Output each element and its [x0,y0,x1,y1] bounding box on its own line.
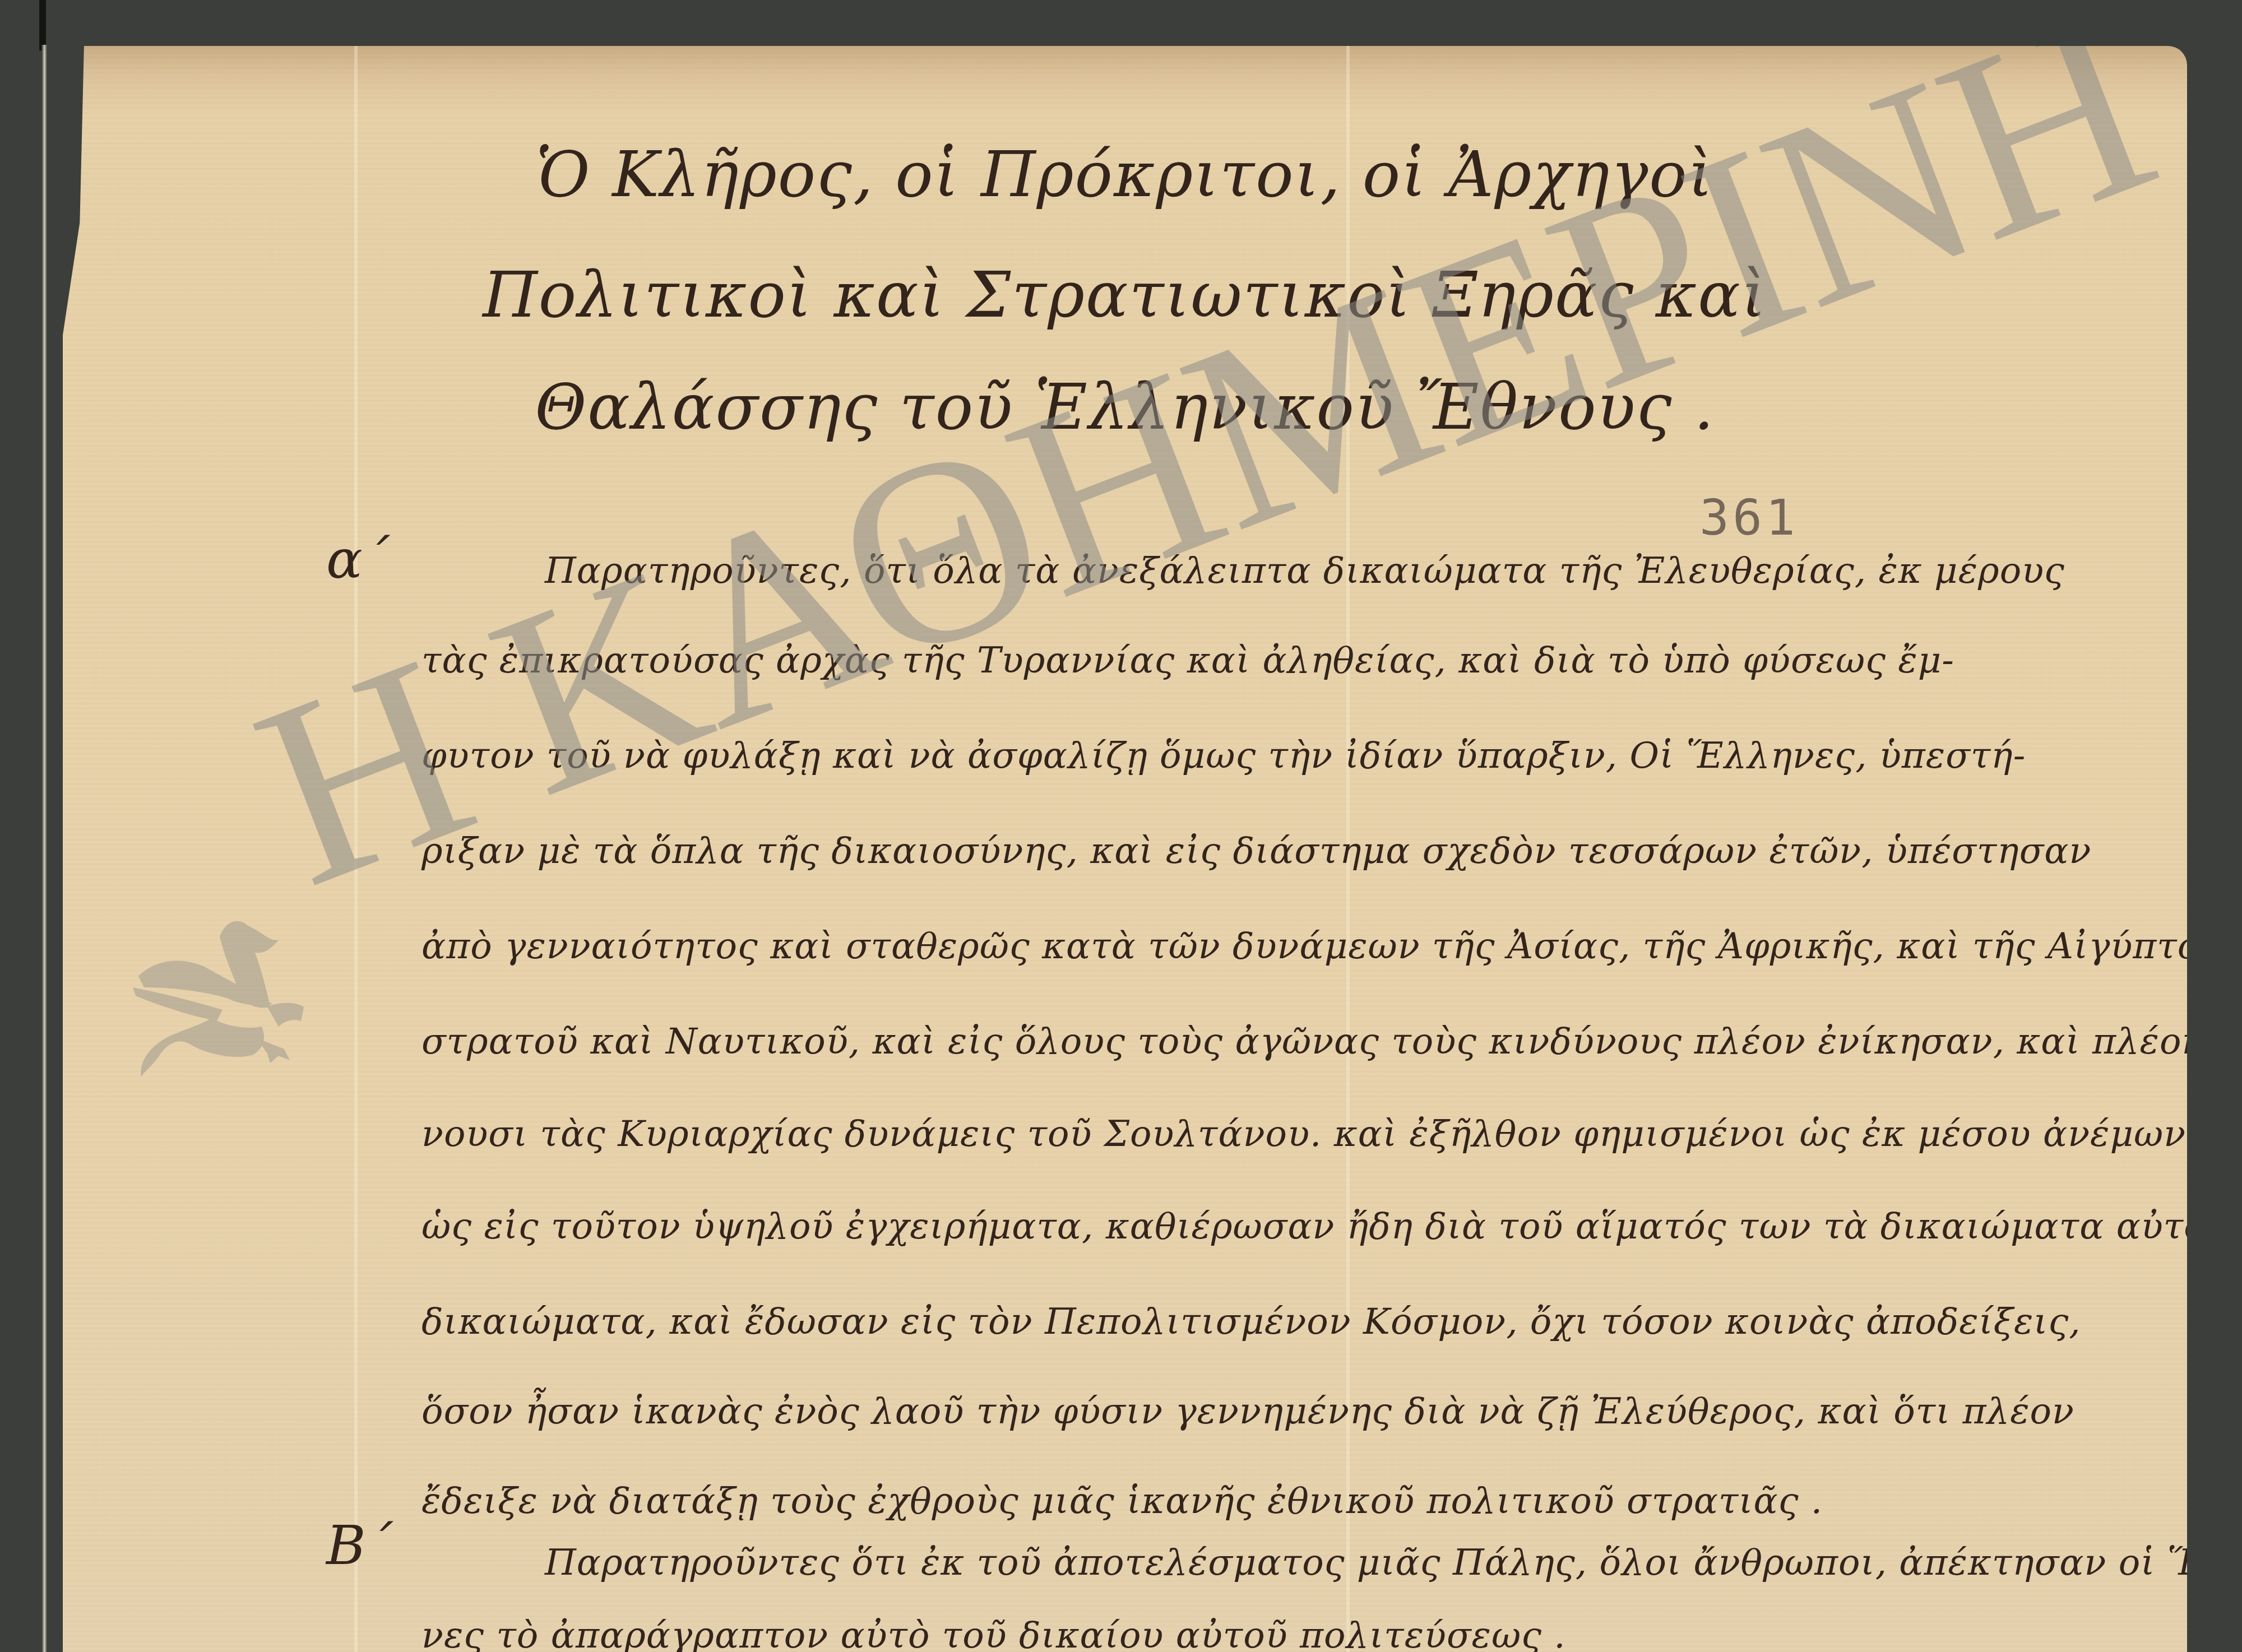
body-line: ὡς εἰς τοῦτον ὑψηλοῦ ἐγχειρήματα, καθιέρ… [421,1206,2187,1247]
body-line: ἀπὸ γενναιότητος καὶ σταθερῶς κατὰ τῶν δ… [421,926,2187,967]
binding-edge [41,45,47,1652]
manuscript-page: Ὁ Κλῆρος, οἱ Πρόκριτοι, οἱ Ἀρχηγοὶ Πολιτ… [63,46,2187,1652]
title-line-2: Πολιτικοὶ καὶ Στρατιωτικοὶ Ξηρᾶς καὶ [63,259,2187,332]
title-line-3: Θαλάσσης τοῦ Ἑλληνικοῦ Ἔθνους . [63,371,2187,444]
body-line: Παρατηροῦντες ὅτι ἐκ τοῦ ἀποτελέσματος μ… [545,1542,2187,1584]
body-line: στρατοῦ καὶ Ναυτικοῦ, καὶ εἰς ὅλους τοὺς… [421,1021,2187,1062]
body-line: νες τὸ ἀπαράγραπτον αὐτὸ τοῦ δικαίου αὐτ… [421,1615,1566,1652]
archive-stamp-number: 361 [1699,489,1799,546]
section-marker-a: α΄ [326,528,390,591]
body-line: τὰς ἐπικρατούσας ἀρχὰς τῆς Τυραννίας καὶ… [421,640,1954,681]
griffin-logo-icon [127,909,323,1088]
body-line: ἔδειξε νὰ διατάξῃ τοὺς ἐχθροὺς μιᾶς ἱκαν… [421,1481,1823,1522]
title-line-1: Ὁ Κλῆρος, οἱ Πρόκριτοι, οἱ Ἀρχηγοὶ [63,138,2187,211]
body-line: ὅσον ἦσαν ἱκανὰς ἐνὸς λαοῦ τὴν φύσιν γεν… [421,1391,2074,1432]
body-line: νουσι τὰς Κυριαρχίας δυνάμεις τοῦ Σουλτά… [421,1113,2187,1155]
body-line: φυτον τοῦ νὰ φυλάξῃ καὶ νὰ ἀσφαλίζῃ ὅμως… [421,735,2026,777]
binding-shadow [39,0,46,50]
section-marker-b: Β΄ [326,1514,393,1577]
body-line: δικαιώματα, καὶ ἔδωσαν εἰς τὸν Πεπολιτισ… [421,1301,2081,1343]
body-line: Παρατηροῦντες, ὅτι ὅλα τὰ ἀνεξάλειπτα δι… [545,550,2065,592]
body-line: ριξαν μὲ τὰ ὅπλα τῆς δικαιοσύνης, καὶ εἰ… [421,830,2091,872]
